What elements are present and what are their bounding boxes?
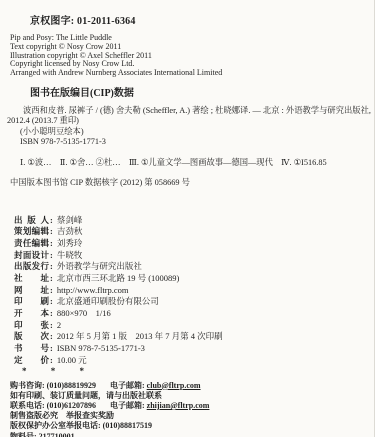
pub-info-row: 印张:2 <box>14 319 374 331</box>
pub-info-row: 版次:2012 年 5 月第 1 版 2013 年 7 月第 4 次印刷 <box>14 330 374 342</box>
pub-info-value: 2012 年 5 月第 1 版 2013 年 7 月第 4 次印刷 <box>57 330 223 342</box>
pub-info-label: 开本 <box>14 307 49 319</box>
pub-info-label: 责任编辑 <box>14 237 49 249</box>
copyright-page: 京权图字: 01-2011-6364 Pip and Posy: The Lit… <box>0 0 375 437</box>
footer-notes-block: 购书咨询: (010)88819929电子邮箱: club@fltrp.com … <box>10 381 374 437</box>
pub-info-value website-url: http://www.fltrp.com <box>57 285 129 295</box>
pub-info-row: 策划编辑:吉劲秋 <box>14 225 374 237</box>
pub-info-row: 责任编辑:刘秀玲 <box>14 237 374 249</box>
pub-info-row: 书号:ISBN 978-7-5135-1771-3 <box>14 342 374 354</box>
pub-info-label: 定价 <box>14 354 49 366</box>
pub-info-colon: : <box>50 273 53 283</box>
pub-info-colon: : <box>50 320 53 330</box>
pub-info-colon: : <box>50 343 53 353</box>
english-copyright-block: Pip and Posy: The Little Puddle Text cop… <box>10 34 374 78</box>
pub-info-colon: : <box>50 296 53 306</box>
purchase-phone: 购书咨询: (010)88819929 <box>10 381 96 390</box>
pub-info-colon: : <box>50 226 53 236</box>
cip-description-line: 波西和皮普. 尿裤子 / (德) 舍夫勒 (Scheffler, A.) 著绘 … <box>7 106 370 116</box>
pub-info-colon: : <box>50 238 53 248</box>
pub-info-row: 封面设计:牛晓牧 <box>14 249 374 261</box>
pub-info-row: 出版发行:外语教学与研究出版社 <box>14 260 374 272</box>
pub-info-colon: : <box>50 250 53 260</box>
pub-info-value: 刘秀玲 <box>57 237 83 249</box>
pub-info-row: 社址:北京市西三环北路 19 号 (100089) <box>14 272 374 284</box>
contact-line: 联系电话: (010)61207896电子邮箱: zhijian@fltrp.c… <box>10 401 374 411</box>
license-number-line: 京权图字: 01-2011-6364 <box>30 0 374 27</box>
pub-info-label: 封面设计 <box>14 249 49 261</box>
contact-email: zhijian@fltrp.com <box>147 401 210 410</box>
purchase-inquiry-line: 购书咨询: (010)88819929电子邮箱: club@fltrp.com <box>10 381 374 391</box>
pub-info-value: 北京市西三环北路 19 号 (100089) <box>57 272 180 284</box>
purchase-email-label: 电子邮箱: <box>110 381 147 390</box>
pub-info-label: 印张 <box>14 319 49 331</box>
pub-info-value: 蔡剑峰 <box>57 214 83 226</box>
pub-info-label: 网址 <box>14 284 49 296</box>
pub-info-row: 开本:880×970 1/16 <box>14 307 374 319</box>
contact-phone: 联系电话: (010)61207896 <box>10 401 96 410</box>
pub-info-value: 北京盛通印刷股份有限公司 <box>57 295 159 307</box>
series-note: (小小聪明豆绘本) <box>20 127 370 137</box>
pub-info-label: 出版发行 <box>14 260 49 272</box>
cip-description-line: 2012.4 (2013.7 重印) <box>7 116 370 126</box>
cip-description-block: 波西和皮普. 尿裤子 / (德) 舍夫勒 (Scheffler, A.) 著绘 … <box>7 106 370 148</box>
purchase-email: club@fltrp.com <box>147 381 201 390</box>
pub-info-label: 社址 <box>14 272 49 284</box>
pub-info-value: 2 <box>57 320 61 330</box>
cip-heading: 图书在版编目(CIP)数据 <box>30 84 374 99</box>
pub-info-label: 出版人 <box>14 214 49 226</box>
anti-piracy-line: 制售盗版必究 举报查实奖励 <box>10 411 374 421</box>
quality-note-line: 如有印刷、装订质量问题，请与出版社联系 <box>10 391 374 401</box>
pub-info-colon: : <box>50 308 53 318</box>
pub-info-label: 策划编辑 <box>14 225 49 237</box>
pub-info-value: 10.00 元 <box>57 354 87 366</box>
separator-asterisks: * * * <box>22 367 374 376</box>
pub-info-row: 网址:http://www.fltrp.com <box>14 284 374 296</box>
pub-info-label: 书号 <box>14 342 49 354</box>
isbn-line: ISBN 978-7-5135-1771-3 <box>20 137 370 147</box>
pub-info-colon: : <box>50 215 53 225</box>
material-number-line: 物料号: 217710001 <box>10 432 374 437</box>
pub-info-colon: : <box>50 261 53 271</box>
pub-info-colon: : <box>50 355 53 365</box>
pub-info-row: 定价:10.00 元 <box>14 354 374 366</box>
pub-info-value: 牛晓牧 <box>57 249 83 261</box>
piracy-report-line: 版权保护办公室举报电话: (010)88817519 <box>10 421 374 431</box>
pub-info-label: 版次 <box>14 330 49 342</box>
publication-info-block: 出版人:蔡剑峰 策划编辑:吉劲秋 责任编辑:刘秀玲 封面设计:牛晓牧 出版发行:… <box>14 214 374 366</box>
pub-info-colon: : <box>50 331 53 341</box>
cip-record-line: 中国版本图书馆 CIP 数据核字 (2012) 第 058669 号 <box>10 176 374 188</box>
classification-line: Ⅰ. ①波… Ⅱ. ①舍… ②杜… Ⅲ. ①儿童文学—图画故事—德国—现代 Ⅳ.… <box>20 156 374 168</box>
pub-info-label: 印刷 <box>14 295 49 307</box>
contact-email-label: 电子邮箱: <box>110 401 147 410</box>
pub-info-row: 印刷:北京盛通印刷股份有限公司 <box>14 295 374 307</box>
pub-info-value: 外语教学与研究出版社 <box>57 260 142 272</box>
pub-info-colon: : <box>50 285 53 295</box>
pub-info-value: ISBN 978-7-5135-1771-3 <box>57 343 145 353</box>
english-copyright-line: Arranged with Andrew Nurnberg Associates… <box>10 69 374 78</box>
pub-info-value: 880×970 1/16 <box>57 307 111 319</box>
pub-info-value: 吉劲秋 <box>57 225 83 237</box>
pub-info-row: 出版人:蔡剑峰 <box>14 214 374 226</box>
